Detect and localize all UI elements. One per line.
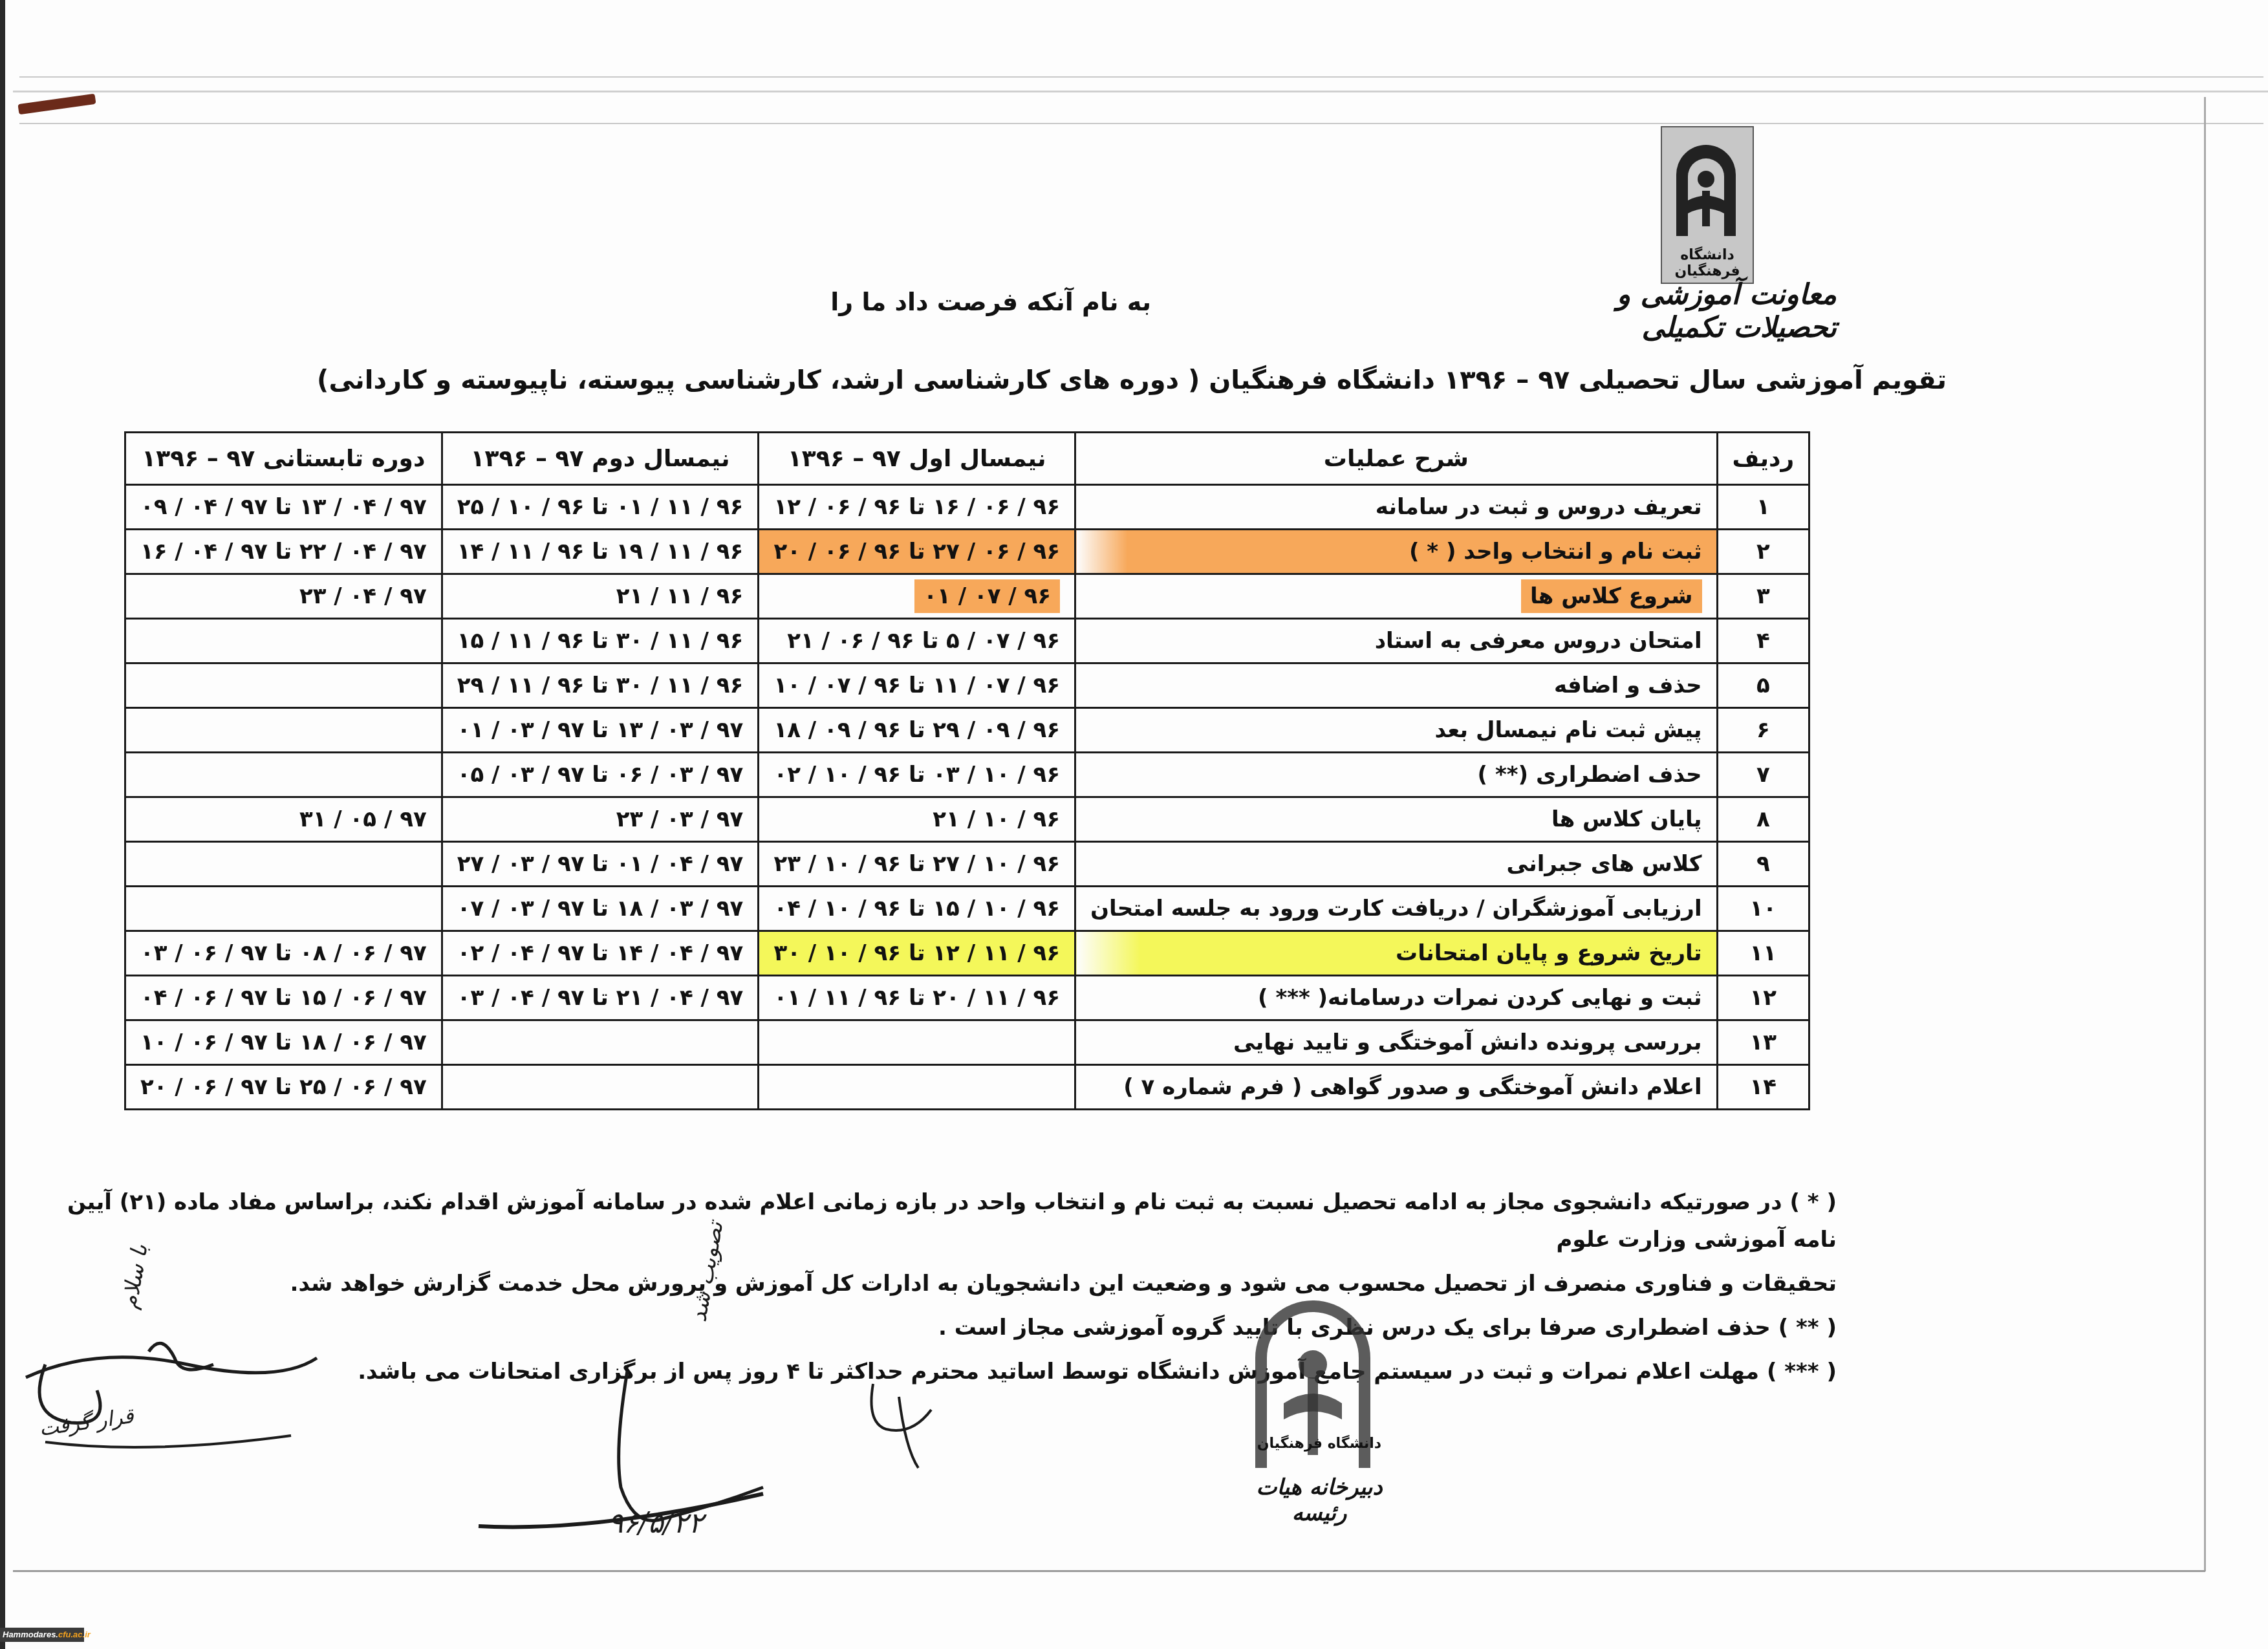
row-summer xyxy=(125,887,442,931)
row-index: ۸ xyxy=(1717,797,1809,842)
table-row: ۸ پایان کلاس ها ۹۶ / ۱۰ / ۲۱ ۹۷ / ۰۳ / ۲… xyxy=(125,797,1809,842)
column-header-summer: دوره تابستانی ۹۷ – ۱۳۹۶ xyxy=(125,433,442,485)
row-semester-2: ۹۷ / ۰۳ / ۰۶ تا ۹۷ / ۰۳ / ۰۵ xyxy=(442,753,759,797)
row-description: پیش ثبت نام نیمسال بعد xyxy=(1075,708,1717,753)
row-description: پایان کلاس ها xyxy=(1075,797,1717,842)
university-emblem-icon xyxy=(1670,139,1742,236)
row-index: ۱۱ xyxy=(1717,931,1809,976)
row-index: ۱۴ xyxy=(1717,1065,1809,1110)
row-summer: ۹۷ / ۰۶ / ۲۵ تا ۹۷ / ۰۶ / ۲۰ xyxy=(125,1065,442,1110)
row-summer: ۹۷ / ۰۴ / ۲۳ xyxy=(125,574,442,619)
row-semester-2 xyxy=(442,1065,759,1110)
table-row: ۳ شروع کلاس ها ۹۶ / ۰۷ / ۰۱ ۹۶ / ۱۱ / ۲۱… xyxy=(125,574,1809,619)
row-semester-2: ۹۷ / ۰۳ / ۱۸ تا ۹۷ / ۰۳ / ۰۷ xyxy=(442,887,759,931)
row-index: ۳ xyxy=(1717,574,1809,619)
row-semester-1: ۹۶ / ۱۰ / ۲۱ xyxy=(759,797,1075,842)
row-semester-2: ۹۶ / ۱۱ / ۲۱ xyxy=(442,574,759,619)
row-semester-1: ۹۶ / ۰۷ / ۵ تا ۹۶ / ۰۶ / ۲۱ xyxy=(759,619,1075,663)
university-logo: دانشگاه فرهنگیان xyxy=(1661,126,1754,284)
table-header-row: ردیف شرح عملیات نیمسال اول ۹۷ – ۱۳۹۶ نیم… xyxy=(125,433,1809,485)
table-row: ۱۳ بررسی پرونده دانش آموختگی و تایید نها… xyxy=(125,1020,1809,1065)
pen-mark xyxy=(17,94,96,115)
row-semester-2: ۹۷ / ۰۴ / ۰۱ تا ۹۷ / ۰۳ / ۲۷ xyxy=(442,842,759,887)
row-semester-2: ۹۶ / ۱۱ / ۳۰ تا ۹۶ / ۱۱ / ۲۹ xyxy=(442,663,759,708)
column-header-semester-2: نیمسال دوم ۹۷ – ۱۳۹۶ xyxy=(442,433,759,485)
row-description-highlighted: ثبت نام و انتخاب واحد ( * ) xyxy=(1075,530,1717,574)
signature-initials-icon xyxy=(860,1371,944,1474)
row-index: ۱۳ xyxy=(1717,1020,1809,1065)
row-index: ۹ xyxy=(1717,842,1809,887)
row-semester-2: ۹۶ / ۱۱ / ۱۹ تا ۹۶ / ۱۱ / ۱۴ xyxy=(442,530,759,574)
table-row: ۱۲ ثبت و نهایی کردن نمرات درسامانه( *** … xyxy=(125,976,1809,1020)
table-row: ۱ تعریف دروس و ثبت در سامانه ۹۶ / ۰۶ / ۱… xyxy=(125,485,1809,530)
row-description: بررسی پرونده دانش آموختگی و تایید نهایی xyxy=(1075,1020,1717,1065)
row-description: تعریف دروس و ثبت در سامانه xyxy=(1075,485,1717,530)
row-summer xyxy=(125,619,442,663)
column-header-description: شرح عملیات xyxy=(1075,433,1717,485)
row-summer: ۹۷ / ۰۴ / ۱۳ تا ۹۷ / ۰۴ / ۰۹ xyxy=(125,485,442,530)
row-index: ۲ xyxy=(1717,530,1809,574)
row-description: ارزیابی آموزشگران / دریافت کارت ورود به … xyxy=(1075,887,1717,931)
footnote-1: ( * ) در صورتیکه دانشجوی مجاز به ادامه ت… xyxy=(45,1183,1837,1258)
row-index: ۱۲ xyxy=(1717,976,1809,1020)
row-summer xyxy=(125,842,442,887)
row-semester-2: ۹۷ / ۰۳ / ۲۳ xyxy=(442,797,759,842)
table-row: ۵ حذف و اضافه ۹۶ / ۰۷ / ۱۱ تا ۹۶ / ۰۷ / … xyxy=(125,663,1809,708)
row-description: حذف اضطراری (** ) xyxy=(1075,753,1717,797)
table-row: ۹ کلاس های جبرانی ۹۶ / ۱۰ / ۲۷ تا ۹۶ / ۱… xyxy=(125,842,1809,887)
row-index: ۱۰ xyxy=(1717,887,1809,931)
row-description: ثبت و نهایی کردن نمرات درسامانه( *** ) xyxy=(1075,976,1717,1020)
highlighted-text: شروع کلاس ها xyxy=(1521,579,1701,613)
row-index: ۷ xyxy=(1717,753,1809,797)
row-summer: ۹۷ / ۰۴ / ۲۲ تا ۹۷ / ۰۴ / ۱۶ xyxy=(125,530,442,574)
column-header-semester-1: نیمسال اول ۹۷ – ۱۳۹۶ xyxy=(759,433,1075,485)
department-title: معاونت آموزشی و تحصیلات تکمیلی xyxy=(1578,278,1837,344)
table-row: ۱۱ تاریخ شروع و پایان امتحانات ۹۶ / ۱۱ /… xyxy=(125,931,1809,976)
row-semester-2: ۹۷ / ۰۳ / ۱۳ تا ۹۷ / ۰۳ / ۰۱ xyxy=(442,708,759,753)
row-index: ۱ xyxy=(1717,485,1809,530)
highlighted-text: ۹۶ / ۰۷ / ۰۱ xyxy=(914,579,1060,613)
row-summer: ۹۷ / ۰۶ / ۱۸ تا ۹۷ / ۰۶ / ۱۰ xyxy=(125,1020,442,1065)
row-semester-1: ۹۶ / ۱۰ / ۲۷ تا ۹۶ / ۱۰ / ۲۳ xyxy=(759,842,1075,887)
scan-line xyxy=(19,123,2263,124)
row-index: ۶ xyxy=(1717,708,1809,753)
row-semester-1-highlighted: ۹۶ / ۰۶ / ۲۷ تا ۹۶ / ۰۶ / ۲۰ xyxy=(759,530,1075,574)
row-semester-1: ۹۶ / ۰۶ / ۱۶ تا ۹۶ / ۰۶ / ۱۲ xyxy=(759,485,1075,530)
watermark-prefix: Hammodares. xyxy=(3,1630,58,1639)
row-summer xyxy=(125,708,442,753)
row-index: ۵ xyxy=(1717,663,1809,708)
table-row: ۱۰ ارزیابی آموزشگران / دریافت کارت ورود … xyxy=(125,887,1809,931)
row-semester-2 xyxy=(442,1020,759,1065)
page-top-edge xyxy=(13,91,2268,92)
table-row: ۱۴ اعلام دانش آموختگی و صدور گواهی ( فرم… xyxy=(125,1065,1809,1110)
table-row: ۶ پیش ثبت نام نیمسال بعد ۹۶ / ۰۹ / ۲۹ تا… xyxy=(125,708,1809,753)
scan-line xyxy=(19,76,2263,78)
row-semester-1: ۹۶ / ۱۱ / ۲۰ تا ۹۶ / ۱۱ / ۰۱ xyxy=(759,976,1075,1020)
row-semester-2: ۹۷ / ۰۴ / ۱۴ تا ۹۷ / ۰۴ / ۰۲ xyxy=(442,931,759,976)
signature-scribble-icon xyxy=(19,1339,323,1481)
row-semester-2: ۹۶ / ۱۱ / ۰۱ تا ۹۶ / ۱۰ / ۲۵ xyxy=(442,485,759,530)
column-header-index: ردیف xyxy=(1717,433,1809,485)
row-semester-1: ۹۶ / ۰۷ / ۱۱ تا ۹۶ / ۰۷ / ۱۰ xyxy=(759,663,1075,708)
basmala: به نام آنکه فرصت داد ما را xyxy=(828,288,1151,316)
row-description: شروع کلاس ها xyxy=(1075,574,1717,619)
row-semester-2: ۹۷ / ۰۴ / ۲۱ تا ۹۷ / ۰۴ / ۰۳ xyxy=(442,976,759,1020)
academic-calendar-table: ردیف شرح عملیات نیمسال اول ۹۷ – ۱۳۹۶ نیم… xyxy=(124,431,1810,1110)
footnote-1-continued: تحقیقات و فناوری منصرف از تحصیل محسوب می… xyxy=(45,1265,1837,1302)
row-semester-1: ۹۶ / ۱۰ / ۰۳ تا ۹۶ / ۱۰ / ۰۲ xyxy=(759,753,1075,797)
row-index: ۴ xyxy=(1717,619,1809,663)
document-title: تقویم آموزشی سال تحصیلی ۹۷ – ۱۳۹۶ دانشگا… xyxy=(297,365,1966,395)
row-summer xyxy=(125,753,442,797)
site-watermark: Hammodares.cfu.ac.ir xyxy=(0,1628,84,1642)
row-summer xyxy=(125,663,442,708)
stamp-office: دبیرخانه هیات رئیسه xyxy=(1229,1474,1410,1526)
logo-caption: دانشگاه فرهنگیان xyxy=(1666,247,1749,279)
page-border-bottom xyxy=(13,1570,2205,1572)
row-description: امتحان دروس معرفی به استاد xyxy=(1075,619,1717,663)
row-description: کلاس های جبرانی xyxy=(1075,842,1717,887)
row-semester-1: ۹۶ / ۰۹ / ۲۹ تا ۹۶ / ۰۹ / ۱۸ xyxy=(759,708,1075,753)
row-semester-1 xyxy=(759,1020,1075,1065)
row-description: اعلام دانش آموختگی و صدور گواهی ( فرم شم… xyxy=(1075,1065,1717,1110)
table-row: ۷ حذف اضطراری (** ) ۹۶ / ۱۰ / ۰۳ تا ۹۶ /… xyxy=(125,753,1809,797)
row-semester-2: ۹۶ / ۱۱ / ۳۰ تا ۹۶ / ۱۱ / ۱۵ xyxy=(442,619,759,663)
row-description: حذف و اضافه xyxy=(1075,663,1717,708)
table-row: ۴ امتحان دروس معرفی به استاد ۹۶ / ۰۷ / ۵… xyxy=(125,619,1809,663)
signature-date: ۹۶/۵/۲۲ xyxy=(608,1507,704,1540)
stamp-university: دانشگاه فرهنگیان xyxy=(1242,1436,1397,1452)
row-semester-1: ۹۶ / ۱۰ / ۱۵ تا ۹۶ / ۱۰ / ۰۴ xyxy=(759,887,1075,931)
row-summer: ۹۷ / ۰۶ / ۰۸ تا ۹۷ / ۰۶ / ۰۳ xyxy=(125,931,442,976)
table-row: ۲ ثبت نام و انتخاب واحد ( * ) ۹۶ / ۰۶ / … xyxy=(125,530,1809,574)
row-semester-1-highlighted: ۹۶ / ۱۱ / ۱۲ تا ۹۶ / ۱۰ / ۳۰ xyxy=(759,931,1075,976)
row-summer: ۹۷ / ۰۶ / ۱۵ تا ۹۷ / ۰۶ / ۰۴ xyxy=(125,976,442,1020)
row-summer: ۹۷ / ۰۵ / ۳۱ xyxy=(125,797,442,842)
row-semester-1 xyxy=(759,1065,1075,1110)
watermark-domain: cfu.ac.ir xyxy=(58,1630,91,1639)
row-description-highlighted: تاریخ شروع و پایان امتحانات xyxy=(1075,931,1717,976)
page-border-right xyxy=(2204,97,2206,1571)
row-semester-1: ۹۶ / ۰۷ / ۰۱ xyxy=(759,574,1075,619)
scan-edge xyxy=(0,0,5,1649)
